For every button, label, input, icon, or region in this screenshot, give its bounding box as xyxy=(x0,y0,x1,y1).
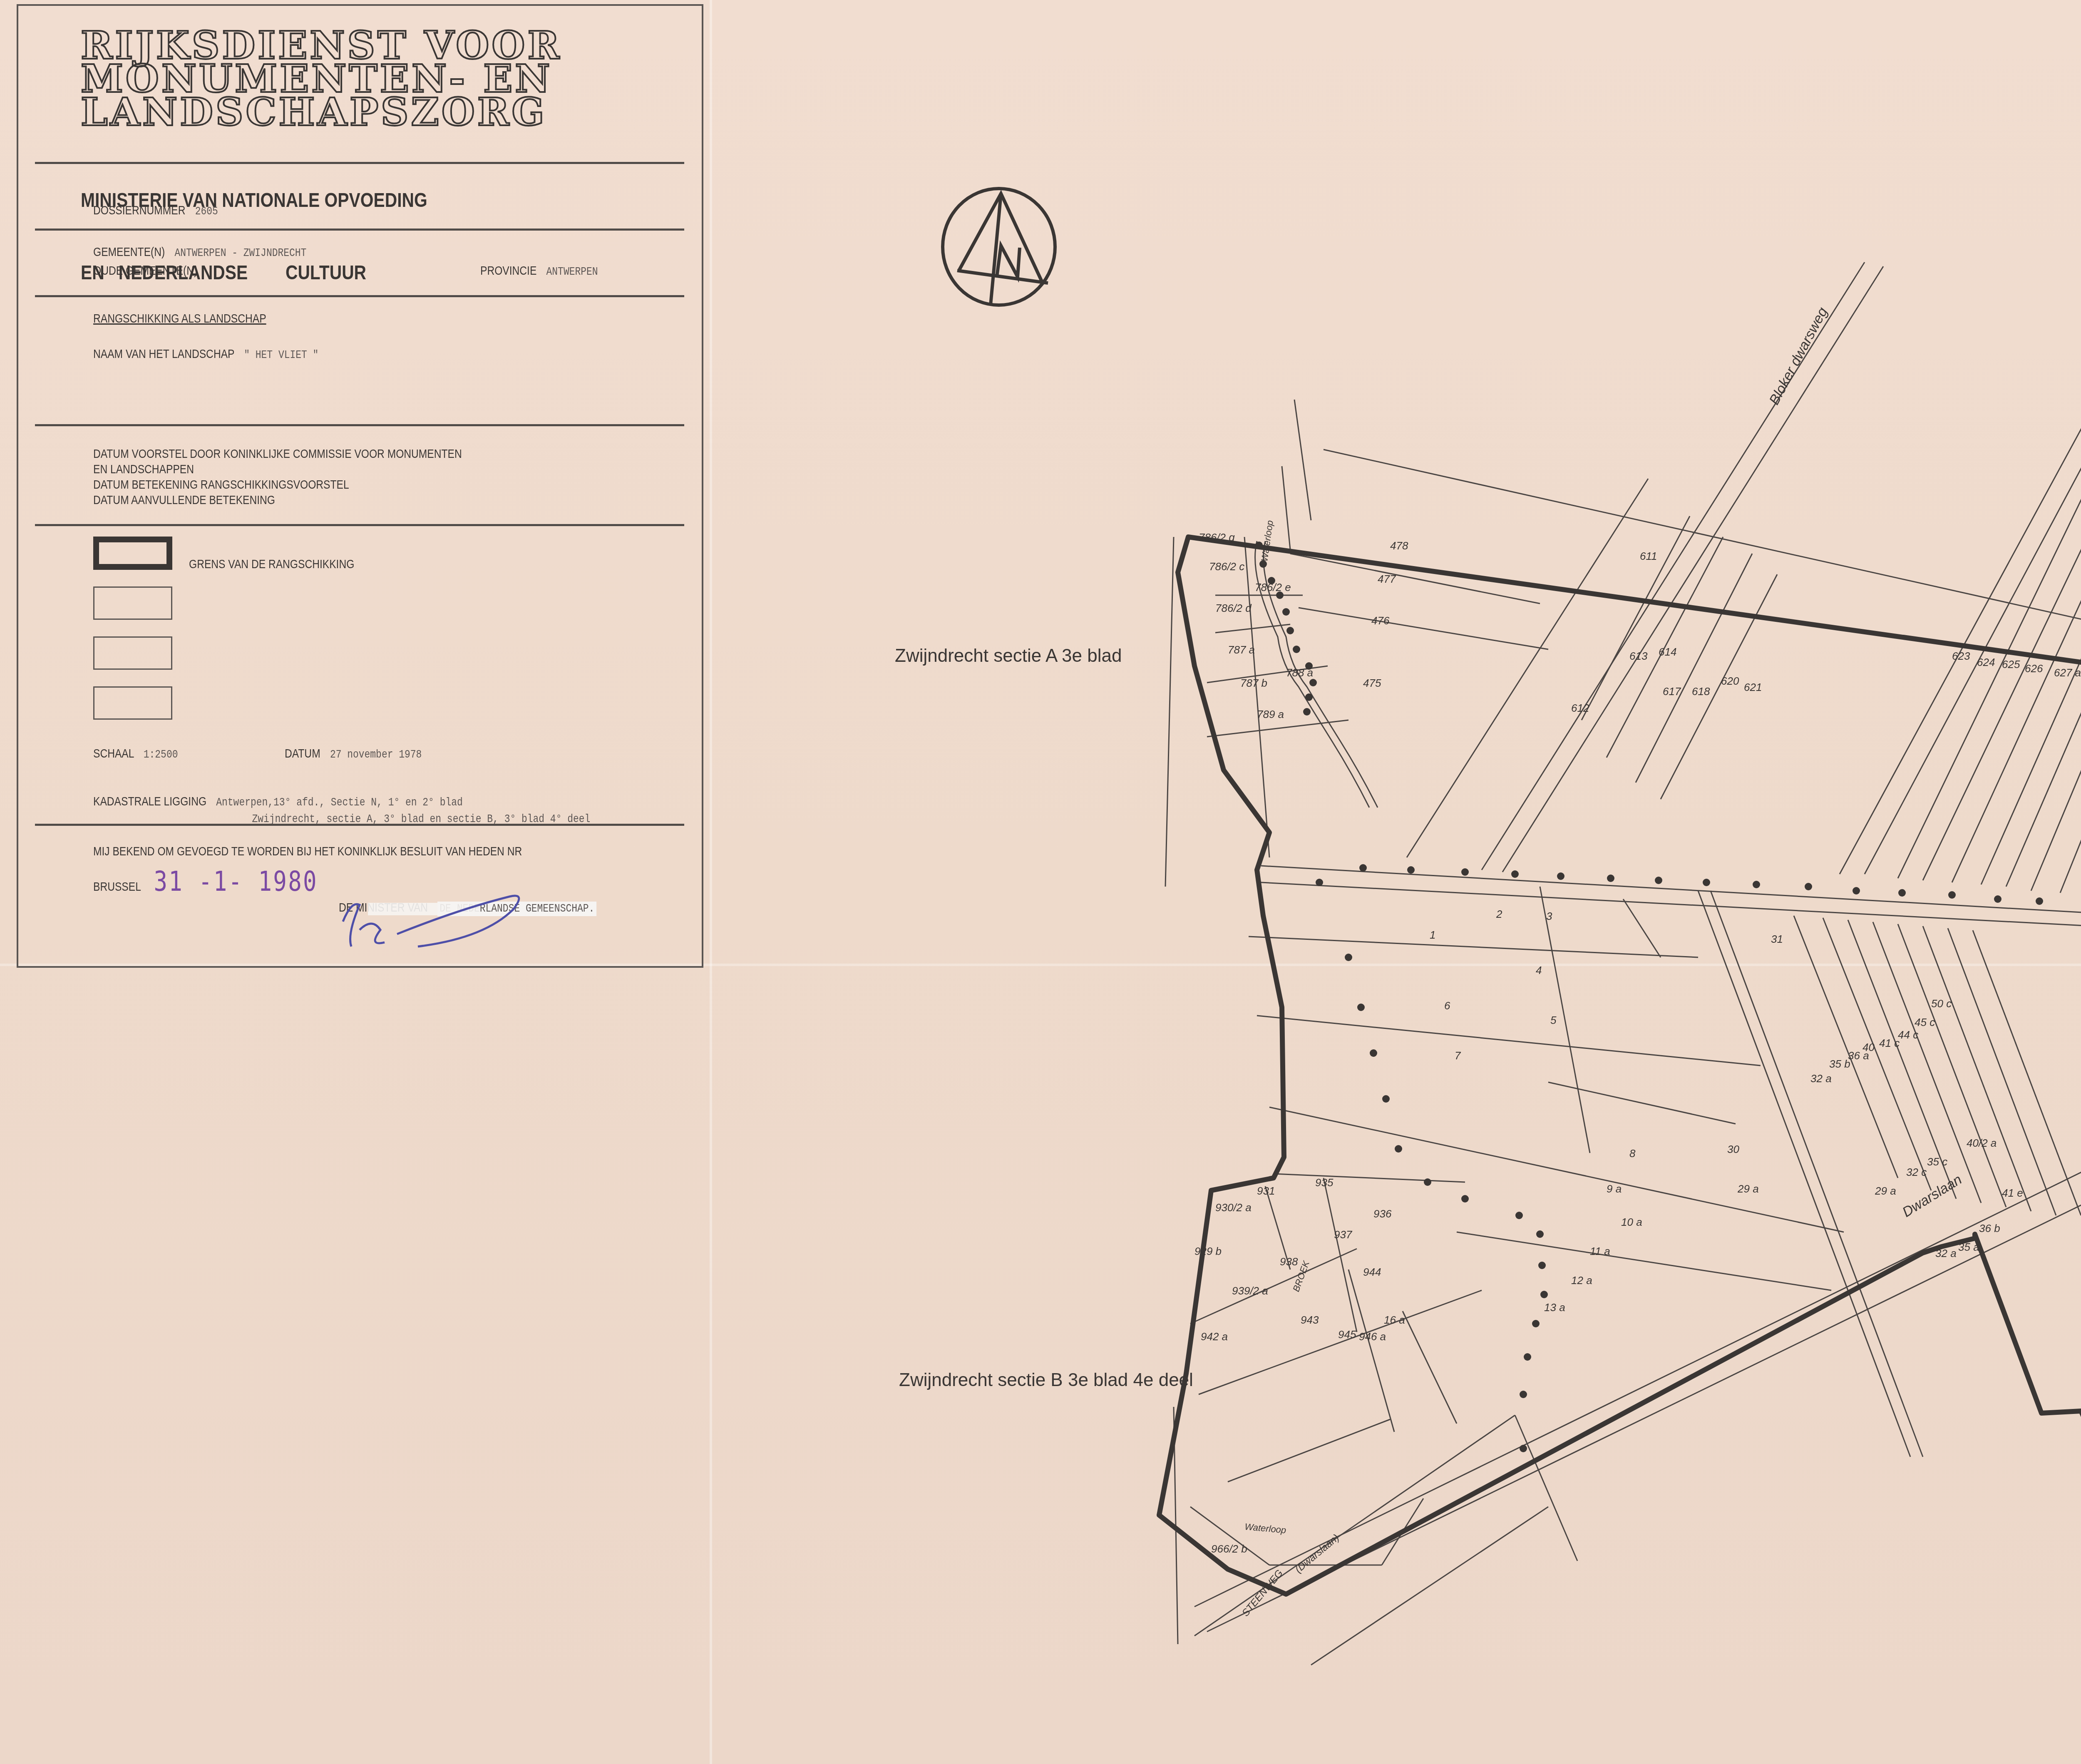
parcel-number: 945 xyxy=(1338,1328,1356,1341)
parcel-number: 618 xyxy=(1692,685,1710,698)
parcel-number: 935 xyxy=(1315,1176,1334,1189)
parcel-number: 611 xyxy=(1640,550,1657,562)
parcel-number: 627 a xyxy=(2054,666,2081,679)
parcel-number: 8 xyxy=(1629,1147,1636,1160)
parcel-number: 786/2 d xyxy=(1215,602,1252,614)
parcel-number: 936 xyxy=(1373,1207,1392,1220)
watercourse-label-south: Waterloop xyxy=(1244,1521,1287,1535)
parcel-number: 32 a xyxy=(1810,1072,1832,1085)
road-label-bloker-dwarsweg: Bloker dwarsweg xyxy=(1766,305,1831,407)
parcel-number: 32 a xyxy=(1935,1247,1957,1260)
parcel-number: 477 xyxy=(1378,573,1396,585)
parcel-number: 612 xyxy=(1571,702,1589,714)
parcel-number: 44 c xyxy=(1898,1029,1918,1041)
parcel-number: 35 c xyxy=(1927,1155,1947,1168)
parcel-number: 938 xyxy=(1280,1255,1298,1268)
parcel-number: 966/2 b xyxy=(1211,1543,1247,1555)
parcel-number: 621 xyxy=(1744,681,1762,693)
parcel-number: 35 b xyxy=(1829,1058,1850,1070)
parcel-number: 3 xyxy=(1546,910,1552,922)
parcel-number: 475 xyxy=(1363,677,1381,689)
parcel-number: 45 c xyxy=(1915,1016,1935,1029)
parcel-number: 937 xyxy=(1334,1228,1353,1241)
parcel-number: 787 a xyxy=(1228,643,1255,656)
north-arrow-icon xyxy=(943,189,1055,305)
parcel-number: 13 a xyxy=(1544,1301,1565,1314)
parcel-number: 786/2 e xyxy=(1255,581,1291,594)
parcel-number: 6 xyxy=(1444,999,1450,1012)
parcel-numbers: 786/2 g786/2 c786/2 d786/2 e787 a787 b78… xyxy=(1194,531,2081,1555)
parcel-number: 623 xyxy=(1952,650,1970,662)
parcel-lines xyxy=(1165,250,2081,1665)
parcel-number: 29 a xyxy=(1875,1185,1896,1197)
parcel-number: 942 a xyxy=(1201,1330,1228,1343)
parcel-number: 931 xyxy=(1257,1185,1275,1197)
parcel-number: 786/2 c xyxy=(1209,560,1244,573)
parcel-number: 476 xyxy=(1371,614,1390,627)
parcel-number: 944 xyxy=(1363,1266,1381,1278)
parcel-number: 7 xyxy=(1455,1049,1461,1062)
road-labels: Bloker dwarsweg Dwarslaan (Dwarslaan) ST… xyxy=(1240,305,2081,1619)
parcel-number: 2 xyxy=(1496,908,1502,920)
parcel-number: 10 a xyxy=(1621,1216,1642,1228)
parcel-number: 12 a xyxy=(1571,1274,1592,1287)
parcel-number: 614 xyxy=(1659,646,1676,658)
watercourse-label-north: Waterloop xyxy=(1259,519,1275,562)
parcel-number: 40 xyxy=(1862,1041,1875,1053)
parcel-number: 35 a xyxy=(1958,1241,1979,1253)
parcel-number: 939/2 a xyxy=(1232,1284,1268,1297)
parcel-number: 624 xyxy=(1977,656,1995,668)
parcel-number: 40/2 a xyxy=(1967,1137,1997,1149)
parcel-number: 11 a xyxy=(1590,1245,1610,1257)
parcel-number: 620 xyxy=(1721,675,1739,687)
parcel-number: 787 b xyxy=(1240,677,1267,689)
parcel-number: 4 xyxy=(1536,964,1542,976)
parcel-number: 786/2 g xyxy=(1199,531,1235,544)
parcel-number: 50 c xyxy=(1931,997,1952,1010)
sheet-label-zwijndrecht-a: Zwijndrecht sectie A 3e blad xyxy=(895,646,1122,666)
parcel-number: 41 e xyxy=(2002,1187,2023,1199)
parcel-number: 30 xyxy=(1727,1143,1739,1155)
parcel-number: 41 c xyxy=(1879,1037,1900,1049)
classification-boundary xyxy=(1159,537,2081,1594)
parcel-number: 929 b xyxy=(1194,1245,1222,1257)
cadastral-map: Zwijndrecht sectie A 3e blad Antwerpen 1… xyxy=(0,0,2081,1764)
parcel-number: 625 xyxy=(2002,658,2020,671)
parcel-number: 617 xyxy=(1663,685,1681,698)
sheet-label-zwijndrecht-b: Zwijndrecht sectie B 3e blad 4e deel xyxy=(899,1370,1193,1390)
parcel-number: 36 b xyxy=(1979,1222,2000,1235)
sheet-labels: Zwijndrecht sectie A 3e blad Antwerpen 1… xyxy=(895,569,2081,1390)
parcel-number: 9 a xyxy=(1607,1183,1622,1195)
parcel-number: 5 xyxy=(1550,1014,1557,1026)
parcel-number: 32 c xyxy=(1906,1166,1927,1178)
parcel-number: 613 xyxy=(1629,650,1648,662)
parcel-number: 626 xyxy=(2025,662,2043,675)
parcel-number: 16 a xyxy=(1384,1314,1405,1326)
parcel-number: 946 a xyxy=(1359,1330,1386,1343)
parcel-number: 29 a xyxy=(1737,1183,1759,1195)
parcel-number: 943 xyxy=(1301,1314,1319,1326)
parcel-number: 930/2 a xyxy=(1215,1201,1252,1214)
parcel-number: 788 a xyxy=(1286,666,1313,679)
parcel-number: 31 xyxy=(1771,933,1783,945)
parcel-number: 478 xyxy=(1390,539,1408,552)
parcel-number: 789 a xyxy=(1257,708,1284,721)
parcel-number: 1 xyxy=(1430,929,1435,941)
